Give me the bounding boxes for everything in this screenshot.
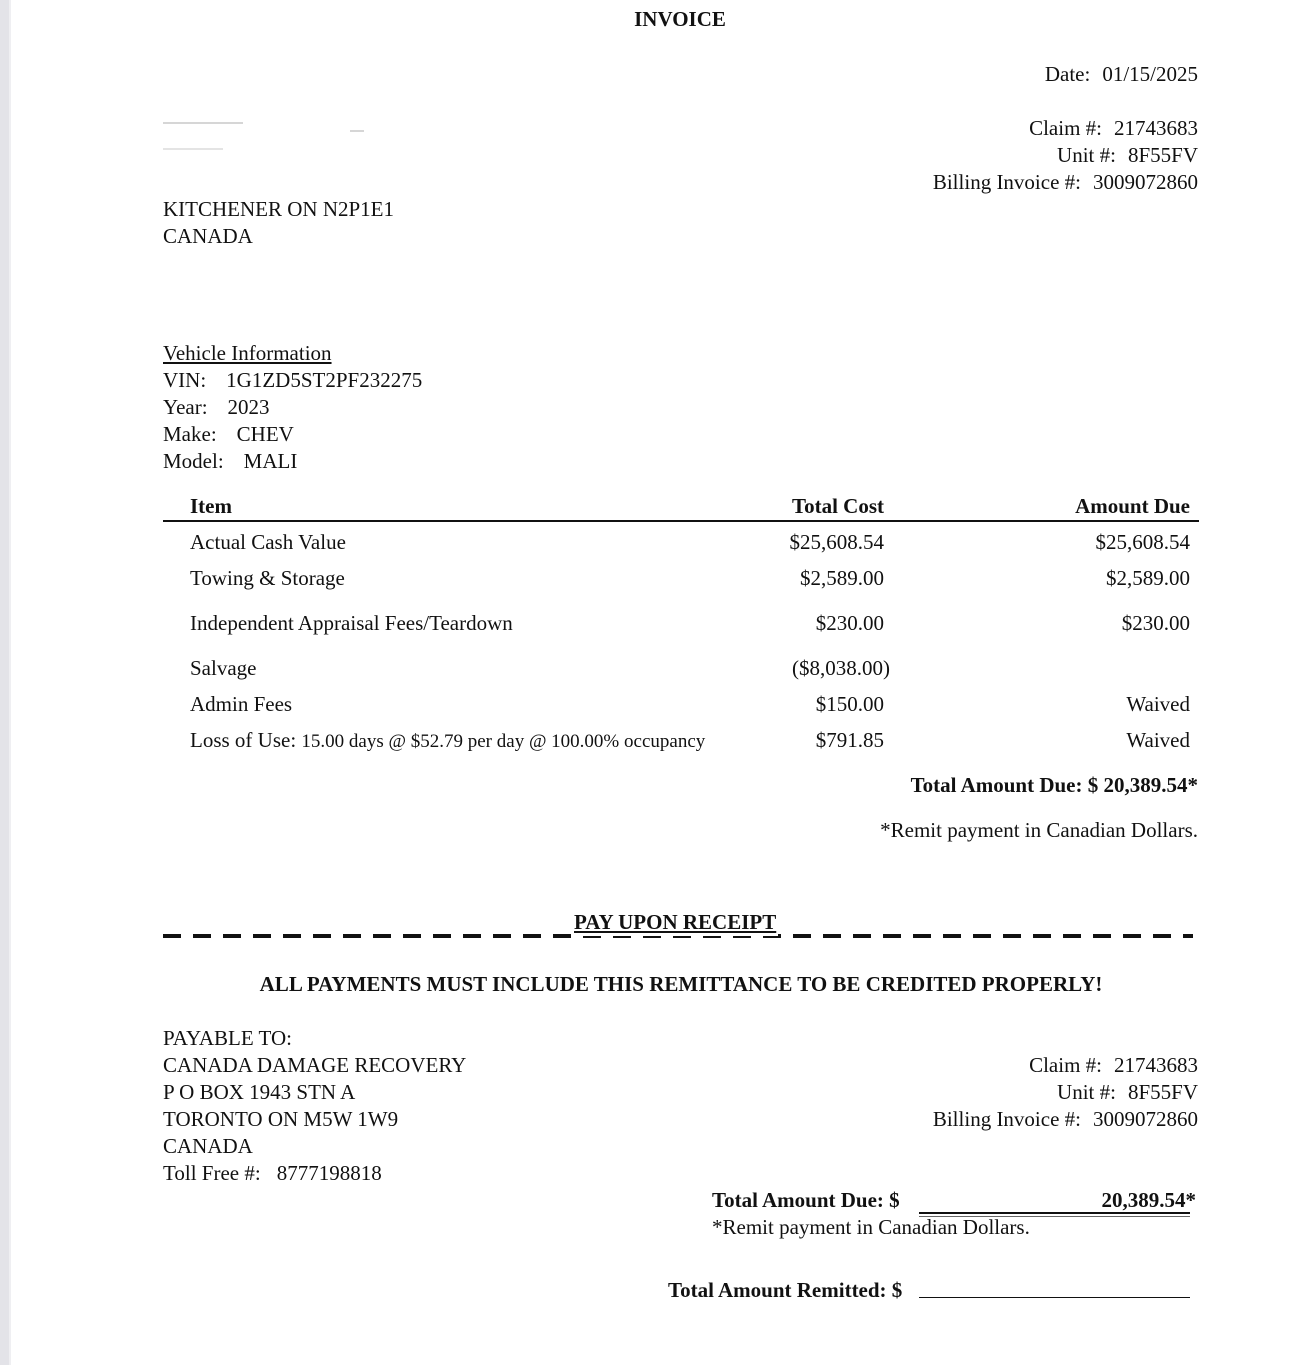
claim-label: Claim #: xyxy=(1029,115,1102,142)
vehicle-info-heading: Vehicle Information xyxy=(163,340,332,367)
year-label: Year: xyxy=(163,394,208,421)
viewer-left-edge xyxy=(0,0,11,1365)
unit-label: Unit #: xyxy=(1057,142,1116,169)
table-row: Towing & Storage $2,589.00 $2,589.00 xyxy=(163,565,1199,592)
payee-box: P O BOX 1943 STN A xyxy=(163,1079,355,1106)
vehicle-year: Year:2023 xyxy=(163,394,270,421)
billing-label: Billing Invoice #: xyxy=(933,169,1081,196)
unit-label: Unit #: xyxy=(1057,1079,1116,1106)
payable-to-label: PAYABLE TO: xyxy=(163,1025,292,1052)
row-item: Independent Appraisal Fees/Teardown xyxy=(190,610,513,637)
table-row: Loss of Use: 15.00 days @ $52.79 per day… xyxy=(163,727,1199,754)
pay-upon-receipt-heading: PAY UPON RECEIPT xyxy=(572,909,778,936)
make-label: Make: xyxy=(163,421,217,448)
total-remitted-label: Total Amount Remitted: $ xyxy=(668,1277,902,1304)
row-item: Admin Fees xyxy=(190,691,292,718)
remittance-notice: ALL PAYMENTS MUST INCLUDE THIS REMITTANC… xyxy=(0,971,1290,998)
row-total-cost: $150.00 xyxy=(816,691,884,718)
table-header: Item Total Cost Amount Due xyxy=(163,493,1199,522)
payee-city: TORONTO ON M5W 1W9 xyxy=(163,1106,398,1133)
payee-name: CANADA DAMAGE RECOVERY xyxy=(163,1052,466,1079)
payee-country: CANADA xyxy=(163,1133,253,1160)
claim-value: 21743683 xyxy=(1114,115,1198,142)
total-amount-due: Total Amount Due: $ 20,389.54* xyxy=(911,772,1198,799)
year-value: 2023 xyxy=(228,394,270,421)
redacted-text xyxy=(350,130,364,132)
toll-free-label: Toll Free #: xyxy=(163,1160,261,1187)
vehicle-model: Model:MALI xyxy=(163,448,297,475)
invoice-date: Date:01/15/2025 xyxy=(1045,61,1198,88)
date-label: Date: xyxy=(1045,61,1090,88)
vin-label: VIN: xyxy=(163,367,206,394)
model-label: Model: xyxy=(163,448,224,475)
row-amount-due: $2,589.00 xyxy=(1106,565,1190,592)
toll-free: Toll Free #:8777198818 xyxy=(163,1160,382,1187)
vehicle-make: Make:CHEV xyxy=(163,421,294,448)
redacted-text xyxy=(163,122,243,124)
recipient-country: CANADA xyxy=(163,223,253,250)
make-value: CHEV xyxy=(237,421,294,448)
date-value: 01/15/2025 xyxy=(1102,61,1198,88)
header-amount-due: Amount Due xyxy=(1075,493,1190,520)
billing-label: Billing Invoice #: xyxy=(933,1106,1081,1133)
row-amount-due: Waived xyxy=(1126,727,1190,754)
row-item: Actual Cash Value xyxy=(190,529,346,556)
loss-of-use-detail: 15.00 days @ $52.79 per day @ 100.00% oc… xyxy=(301,731,705,752)
header-total-cost: Total Cost xyxy=(792,493,884,520)
row-item: Towing & Storage xyxy=(190,565,345,592)
remit-claim-number: Claim #:21743683 xyxy=(1029,1052,1198,1079)
table-row: Admin Fees $150.00 Waived xyxy=(163,691,1199,718)
table-row: Salvage ($8,038.00) xyxy=(163,655,1199,682)
row-total-cost: $230.00 xyxy=(816,610,884,637)
remit-billing-invoice-number: Billing Invoice #:3009072860 xyxy=(933,1106,1198,1133)
remit-unit-number: Unit #:8F55FV xyxy=(1057,1079,1198,1106)
claim-value: 21743683 xyxy=(1114,1052,1198,1079)
row-item: Loss of Use: 15.00 days @ $52.79 per day… xyxy=(190,727,705,755)
row-amount-due: $25,608.54 xyxy=(1096,529,1191,556)
recipient-city: KITCHENER ON N2P1E1 xyxy=(163,196,394,223)
billing-invoice-number: Billing Invoice #:3009072860 xyxy=(933,169,1198,196)
table-row: Independent Appraisal Fees/Teardown $230… xyxy=(163,610,1199,637)
redacted-text xyxy=(163,148,223,150)
document-title: INVOICE xyxy=(0,6,1290,33)
row-total-cost: $791.85 xyxy=(816,727,884,754)
row-item: Salvage xyxy=(190,655,256,682)
total-remitted-field[interactable] xyxy=(919,1297,1190,1298)
toll-free-value: 8777198818 xyxy=(277,1160,382,1187)
header-item: Item xyxy=(190,493,232,520)
row-total-cost: ($8,038.00) xyxy=(792,655,890,682)
remit-note-bottom: *Remit payment in Canadian Dollars. xyxy=(712,1214,1030,1241)
remit-total-due-label: Total Amount Due: $ xyxy=(712,1187,900,1214)
row-total-cost: $25,608.54 xyxy=(790,529,885,556)
unit-number: Unit #:8F55FV xyxy=(1057,142,1198,169)
vin-value: 1G1ZD5ST2PF232275 xyxy=(226,367,422,394)
claim-number: Claim #:21743683 xyxy=(1029,115,1198,142)
vehicle-vin: VIN:1G1ZD5ST2PF232275 xyxy=(163,367,422,394)
claim-label: Claim #: xyxy=(1029,1052,1102,1079)
invoice-items-table: Item Total Cost Amount Due Actual Cash V… xyxy=(163,493,1199,522)
table-row: Actual Cash Value $25,608.54 $25,608.54 xyxy=(163,529,1199,556)
row-total-cost: $2,589.00 xyxy=(800,565,884,592)
unit-value: 8F55FV xyxy=(1128,1079,1198,1106)
unit-value: 8F55FV xyxy=(1128,142,1198,169)
loss-of-use-label: Loss of Use: xyxy=(190,728,296,752)
remit-total-due-value: 20,389.54* xyxy=(1102,1187,1197,1214)
model-value: MALI xyxy=(244,448,298,475)
row-amount-due: $230.00 xyxy=(1122,610,1190,637)
remit-note: *Remit payment in Canadian Dollars. xyxy=(880,817,1198,844)
billing-value: 3009072860 xyxy=(1093,1106,1198,1133)
billing-value: 3009072860 xyxy=(1093,169,1198,196)
row-amount-due: Waived xyxy=(1126,691,1190,718)
